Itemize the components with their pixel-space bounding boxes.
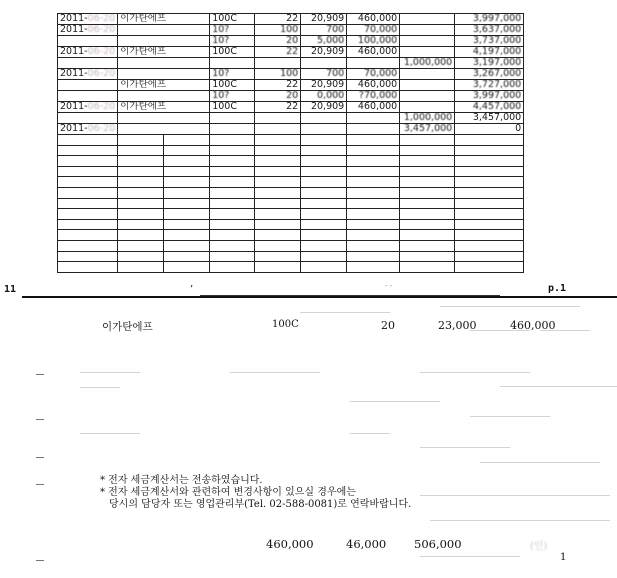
amount-cell [347, 58, 400, 69]
empty-cell [164, 262, 210, 273]
empty-cell [455, 209, 524, 220]
empty-cell [255, 209, 301, 220]
note-line: 당시의 담당자 또는 영업관리부(Tel. 02-588-0081)로 연락바랍… [100, 499, 411, 511]
amount-cell: 70,000 [347, 69, 400, 80]
date-cell: 2011-06-20 [58, 25, 118, 36]
empty-cell [347, 145, 400, 156]
empty-cell [347, 135, 400, 146]
empty-cell [455, 240, 524, 251]
item-cell: 100C [210, 14, 255, 25]
qty-cell: 20 [255, 91, 301, 102]
scan-line [350, 433, 390, 434]
empty-cell [210, 198, 255, 209]
customer-cell: 이가탄에프 [118, 102, 210, 113]
balance-cell: 3,737,000 [455, 36, 524, 47]
empty-cell [255, 156, 301, 167]
balance-cell: 3,997,000 [455, 91, 524, 102]
empty-cell [301, 135, 347, 146]
qty-cell [255, 113, 301, 124]
empty-cell [347, 219, 400, 230]
scan-line [500, 386, 617, 387]
note-line: * 전자 세금계산서와 관련하여 변경사항이 있으실 경우에는 [100, 487, 411, 499]
empty-cell [118, 135, 164, 146]
scan-line [350, 401, 440, 402]
payment-cell [400, 25, 455, 36]
empty-cell [301, 251, 347, 262]
ledger-empty-row [58, 177, 524, 188]
empty-cell [455, 230, 524, 241]
empty-cell [118, 177, 164, 188]
price-cell: 20,909 [301, 14, 347, 25]
balance-cell: 3,457,000 [455, 113, 524, 124]
ledger-row: 2011-06-2010?10070070,0003,267,000 [58, 69, 524, 80]
price-cell: 700 [301, 69, 347, 80]
ledger-empty-row [58, 135, 524, 146]
empty-cell [164, 135, 210, 146]
fax-mark: ’ [190, 284, 193, 295]
empty-cell [301, 156, 347, 167]
empty-cell [301, 209, 347, 220]
empty-cell [255, 230, 301, 241]
ledger-empty-row [58, 219, 524, 230]
fax-header: 11 ’ - - p.1 [0, 282, 617, 302]
amount-cell: 100,000 [347, 36, 400, 47]
payment-cell [400, 14, 455, 25]
ledger-empty-row [58, 262, 524, 273]
scan-line [470, 330, 530, 331]
payment-cell [400, 47, 455, 58]
qty-cell: 22 [255, 47, 301, 58]
empty-cell [118, 230, 164, 241]
empty-cell [164, 145, 210, 156]
empty-cell [400, 187, 455, 198]
date-cell: 2011-06-20 [58, 102, 118, 113]
empty-cell [301, 219, 347, 230]
empty-cell [400, 177, 455, 188]
price-cell: 20,909 [301, 47, 347, 58]
amount-cell: 70,000 [347, 25, 400, 36]
ledger-empty-row [58, 240, 524, 251]
empty-cell [58, 209, 118, 220]
empty-cell [455, 166, 524, 177]
empty-cell [118, 251, 164, 262]
scan-line [420, 372, 530, 373]
invoice-item-code: 100C [272, 319, 299, 330]
ledger-row: 2011-06-203,457,0000 [58, 124, 524, 135]
scan-line [480, 462, 600, 463]
item-cell: 10? [210, 91, 255, 102]
empty-cell [455, 198, 524, 209]
empty-cell [210, 156, 255, 167]
empty-cell [58, 135, 118, 146]
empty-cell [400, 240, 455, 251]
ledger-row: 1,000,0003,457,000 [58, 113, 524, 124]
empty-cell [255, 177, 301, 188]
payment-cell [400, 80, 455, 91]
ledger-row: 2011-06-20이가탄에프100C2220,909460,0004,457,… [58, 102, 524, 113]
empty-cell [58, 187, 118, 198]
empty-cell [455, 262, 524, 273]
empty-cell [58, 230, 118, 241]
empty-cell [164, 251, 210, 262]
customer-cell [118, 36, 210, 47]
empty-cell [301, 187, 347, 198]
item-cell: 100C [210, 102, 255, 113]
customer-cell [118, 69, 210, 80]
balance-cell: 0 [455, 124, 524, 135]
payment-cell [400, 36, 455, 47]
empty-cell [58, 177, 118, 188]
item-cell [210, 58, 255, 69]
balance-cell: 3,727,000 [455, 80, 524, 91]
empty-cell [164, 156, 210, 167]
empty-cell [210, 187, 255, 198]
payment-cell: 1,000,000 [400, 113, 455, 124]
ledger-row: 2011-06-20이가탄에프100C2220,909460,0003,997,… [58, 14, 524, 25]
empty-cell [347, 177, 400, 188]
empty-cell [347, 251, 400, 262]
empty-cell [164, 177, 210, 188]
seal-stamp: (인) [530, 537, 547, 552]
qty-cell: 22 [255, 102, 301, 113]
item-cell: 10? [210, 25, 255, 36]
amount-cell: 460,000 [347, 80, 400, 91]
empty-cell [210, 145, 255, 156]
amount-cell [347, 113, 400, 124]
payment-cell [400, 91, 455, 102]
margin-dash [36, 560, 44, 561]
balance-cell: 3,997,000 [455, 14, 524, 25]
empty-cell [301, 145, 347, 156]
qty-cell [255, 124, 301, 135]
invoice-quantity: 20 [381, 319, 395, 332]
margin-dash [36, 419, 44, 420]
empty-cell [255, 187, 301, 198]
empty-cell [58, 262, 118, 273]
empty-cell [255, 198, 301, 209]
empty-cell [210, 166, 255, 177]
empty-cell [210, 219, 255, 230]
scan-line [420, 495, 610, 496]
amount-cell: 460,000 [347, 14, 400, 25]
empty-cell [301, 166, 347, 177]
ledger-empty-row [58, 166, 524, 177]
empty-cell [58, 251, 118, 262]
scan-line [230, 372, 320, 373]
qty-cell: 100 [255, 25, 301, 36]
price-cell [301, 58, 347, 69]
empty-cell [301, 262, 347, 273]
empty-cell [210, 230, 255, 241]
price-cell [301, 124, 347, 135]
empty-cell [210, 262, 255, 273]
date-cell [58, 80, 118, 91]
empty-cell [210, 251, 255, 262]
scan-line [540, 330, 590, 331]
empty-cell [400, 166, 455, 177]
empty-cell [347, 262, 400, 273]
empty-cell [400, 156, 455, 167]
customer-cell: 이가탄에프 [118, 80, 210, 91]
payment-cell: 3,457,000 [400, 124, 455, 135]
balance-cell: 3,637,000 [455, 25, 524, 36]
amount-cell: 460,000 [347, 47, 400, 58]
empty-cell [347, 187, 400, 198]
page-number: 1 [560, 552, 566, 563]
price-cell: 700 [301, 25, 347, 36]
ledger-table: 2011-06-20이가탄에프100C2220,909460,0003,997,… [57, 13, 524, 273]
empty-cell [164, 166, 210, 177]
date-cell [58, 58, 118, 69]
date-cell: 2011-06-20 [58, 47, 118, 58]
empty-cell [164, 209, 210, 220]
ledger-row: 2011-06-20이가탄에프100C2220,909460,0004,197,… [58, 47, 524, 58]
empty-cell [400, 135, 455, 146]
header-rule [22, 296, 617, 298]
date-cell [58, 36, 118, 47]
date-cell [58, 91, 118, 102]
empty-cell [347, 230, 400, 241]
empty-cell [210, 135, 255, 146]
empty-cell [255, 166, 301, 177]
empty-cell [58, 219, 118, 230]
payment-cell [400, 69, 455, 80]
amount-cell: ?70,000 [347, 91, 400, 102]
customer-cell [118, 25, 210, 36]
empty-cell [455, 145, 524, 156]
qty-cell: 22 [255, 80, 301, 91]
empty-cell [118, 240, 164, 251]
invoice-customer: 이가탄에프 [102, 319, 153, 334]
qty-cell: 100 [255, 69, 301, 80]
ledger-body: 2011-06-20이가탄에프100C2220,909460,0003,997,… [58, 14, 524, 273]
empty-cell [58, 198, 118, 209]
empty-cell [118, 156, 164, 167]
invoice-notes: * 전자 세금계산서는 전송하였습니다. * 전자 세금계산서와 관련하여 변경… [100, 475, 411, 511]
date-cell [58, 113, 118, 124]
scan-line [430, 520, 610, 521]
empty-cell [58, 240, 118, 251]
ledger-row: 1,000,0003,197,000 [58, 58, 524, 69]
empty-cell [58, 156, 118, 167]
empty-cell [164, 187, 210, 198]
empty-cell [301, 240, 347, 251]
empty-cell [210, 240, 255, 251]
empty-cell [400, 219, 455, 230]
scan-line [440, 306, 580, 307]
payment-cell: 1,000,000 [400, 58, 455, 69]
balance-cell: 4,197,000 [455, 47, 524, 58]
empty-cell [347, 166, 400, 177]
customer-cell [118, 113, 210, 124]
supply-amount: 460,000 [266, 537, 314, 551]
ledger-row: 2011-06-2010?10070070,0003,637,000 [58, 25, 524, 36]
empty-cell [455, 187, 524, 198]
empty-cell [347, 156, 400, 167]
customer-cell [118, 58, 210, 69]
margin-dash [36, 484, 44, 485]
empty-cell [255, 251, 301, 262]
empty-cell [118, 262, 164, 273]
item-cell: 10? [210, 69, 255, 80]
price-cell [301, 113, 347, 124]
price-cell: 0,000 [301, 91, 347, 102]
empty-cell [400, 262, 455, 273]
ledger-row: 10?205,000100,0003,737,000 [58, 36, 524, 47]
ledger-empty-row [58, 209, 524, 220]
empty-cell [400, 230, 455, 241]
scan-line [80, 387, 120, 388]
empty-cell [118, 166, 164, 177]
empty-cell [210, 209, 255, 220]
customer-cell [118, 124, 210, 135]
item-cell [210, 124, 255, 135]
empty-cell [255, 219, 301, 230]
empty-cell [255, 135, 301, 146]
empty-cell [118, 145, 164, 156]
ledger-empty-row [58, 156, 524, 167]
fax-smudge: - - [385, 282, 392, 290]
ledger-row: 10?200,000?70,0003,997,000 [58, 91, 524, 102]
empty-cell [255, 262, 301, 273]
empty-cell [164, 230, 210, 241]
empty-cell [400, 251, 455, 262]
balance-cell: 3,197,000 [455, 58, 524, 69]
header-rule-secondary [200, 295, 500, 296]
scan-line [300, 312, 390, 313]
ledger-empty-row [58, 251, 524, 262]
empty-cell [455, 156, 524, 167]
fax-sequence-number: 11 [4, 284, 16, 295]
empty-cell [118, 187, 164, 198]
scan-line [470, 416, 550, 417]
empty-cell [118, 198, 164, 209]
empty-cell [118, 209, 164, 220]
item-cell: 100C [210, 47, 255, 58]
empty-cell [400, 198, 455, 209]
ledger-empty-row [58, 145, 524, 156]
empty-cell [455, 251, 524, 262]
item-cell [210, 113, 255, 124]
empty-cell [255, 145, 301, 156]
empty-cell [347, 240, 400, 251]
ledger-row: 이가탄에프100C2220,909460,0003,727,000 [58, 80, 524, 91]
price-cell: 20,909 [301, 102, 347, 113]
ledger-empty-row [58, 230, 524, 241]
qty-cell: 22 [255, 14, 301, 25]
empty-cell [118, 219, 164, 230]
empty-cell [455, 177, 524, 188]
scan-line [80, 372, 140, 373]
empty-cell [301, 198, 347, 209]
empty-cell [58, 166, 118, 177]
date-cell: 2011-06-20 [58, 14, 118, 25]
empty-cell [164, 198, 210, 209]
qty-cell: 20 [255, 36, 301, 47]
customer-cell: 이가탄에프 [118, 14, 210, 25]
date-cell: 2011-06-20 [58, 124, 118, 135]
empty-cell [455, 135, 524, 146]
qty-cell [255, 58, 301, 69]
total-amount: 506,000 [414, 537, 462, 551]
tax-amount: 46,000 [346, 537, 386, 551]
empty-cell [164, 219, 210, 230]
customer-cell: 이가탄에프 [118, 47, 210, 58]
page-label: p.1 [548, 283, 566, 294]
note-line: * 전자 세금계산서는 전송하였습니다. [100, 475, 411, 487]
margin-dash [36, 457, 44, 458]
empty-cell [210, 177, 255, 188]
amount-cell [347, 124, 400, 135]
empty-cell [164, 240, 210, 251]
margin-dash [36, 374, 44, 375]
empty-cell [255, 240, 301, 251]
balance-cell: 3,267,000 [455, 69, 524, 80]
empty-cell [455, 219, 524, 230]
scan-line [420, 556, 520, 557]
empty-cell [301, 177, 347, 188]
empty-cell [58, 145, 118, 156]
ledger-empty-row [58, 187, 524, 198]
empty-cell [347, 209, 400, 220]
ledger-empty-row [58, 198, 524, 209]
scan-line [80, 433, 140, 434]
scan-line [420, 447, 510, 448]
price-cell: 5,000 [301, 36, 347, 47]
empty-cell [347, 198, 400, 209]
empty-cell [400, 209, 455, 220]
item-cell: 10? [210, 36, 255, 47]
price-cell: 20,909 [301, 80, 347, 91]
balance-cell: 4,457,000 [455, 102, 524, 113]
date-cell: 2011-06-20 [58, 69, 118, 80]
amount-cell: 460,000 [347, 102, 400, 113]
item-cell: 100C [210, 80, 255, 91]
empty-cell [400, 145, 455, 156]
empty-cell [301, 230, 347, 241]
payment-cell [400, 102, 455, 113]
customer-cell [118, 91, 210, 102]
